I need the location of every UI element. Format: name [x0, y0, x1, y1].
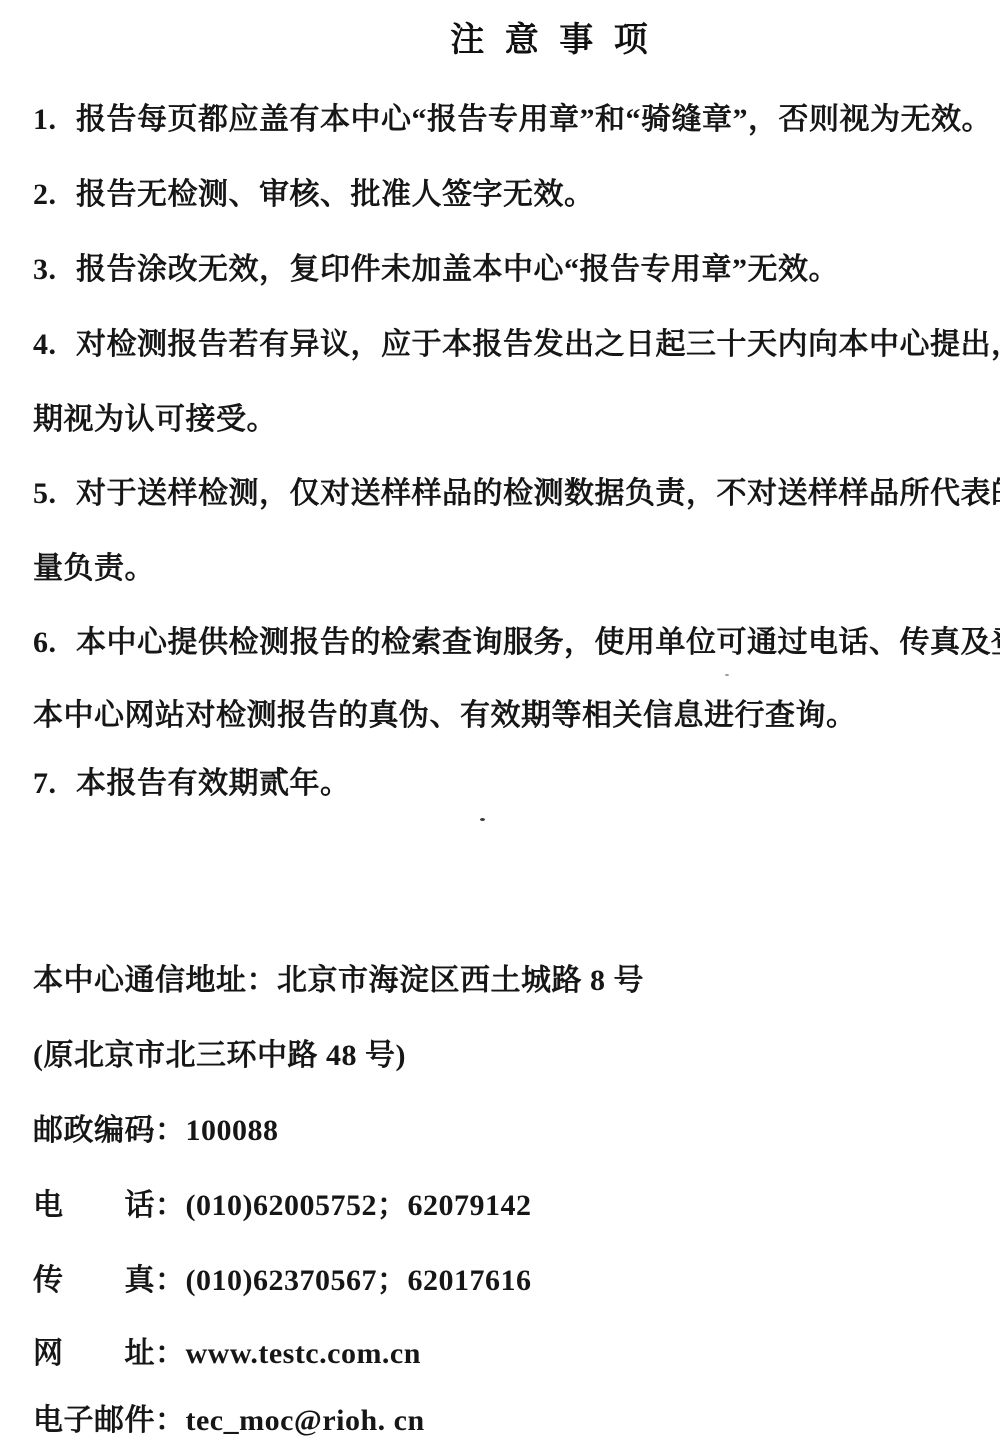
contact-address-label: 本中心通信地址：: [33, 964, 277, 997]
scan-speck: [725, 674, 729, 676]
note-item-4-line-1: 4.对检测报告若有异议，应于本报告发出之日起三十天内向本中心提出，逾: [33, 326, 978, 364]
note-text: 报告每页都应盖有本中心“报告专用章”和“骑缝章”，否则视为无效。: [76, 103, 992, 136]
note-item-6-line-2: 本中心网站对检测报告的真伪、有效期等相关信息进行查询。: [33, 697, 978, 735]
note-item-3: 3.报告涂改无效，复印件未加盖本中心“报告专用章”无效。: [33, 251, 978, 289]
contact-email-value: tec_moc@rioh. cn: [186, 1404, 425, 1437]
contact-former-address-value: (原北京市北三环中路 48 号): [33, 1039, 406, 1072]
note-number: 5.: [33, 475, 76, 513]
note-text: 报告无检测、审核、批准人签字无效。: [76, 178, 595, 211]
contact-phone-value: (010)62005752；62079142: [186, 1189, 532, 1222]
note-number: 4.: [33, 326, 76, 364]
contact-website-label: 网 址：: [33, 1337, 186, 1370]
note-number: 7.: [33, 765, 76, 803]
note-text: 期视为认可接受。: [33, 403, 277, 436]
note-item-5-line-1: 5.对于送样检测，仅对送样样品的检测数据负责，不对送样样品所代表的批: [33, 475, 978, 513]
note-item-6-line-1: 6.本中心提供检测报告的检索查询服务，使用单位可通过电话、传真及登陆: [33, 624, 978, 662]
note-text: 量负责。: [33, 552, 155, 585]
note-text: 本中心提供检测报告的检索查询服务，使用单位可通过电话、传真及登陆: [76, 626, 1000, 659]
note-item-2: 2.报告无检测、审核、批准人签字无效。: [33, 176, 978, 214]
page-title: 注 意 事 项: [450, 12, 654, 61]
contact-phone: 电 话：(010)62005752；62079142: [33, 1187, 978, 1225]
contact-phone-label: 电 话：: [33, 1189, 186, 1222]
scanned-notice-page: 注 意 事 项 1.报告每页都应盖有本中心“报告专用章”和“骑缝章”，否则视为无…: [0, 0, 1000, 1452]
note-number: 2.: [33, 176, 76, 214]
contact-fax: 传 真：(010)62370567；62017616: [33, 1262, 978, 1300]
contact-address-value: 北京市海淀区西土城路 8 号: [277, 964, 644, 997]
contact-email: 电子邮件：tec_moc@rioh. cn: [33, 1402, 978, 1440]
contact-fax-label: 传 真：: [33, 1264, 186, 1297]
note-text: 报告涂改无效，复印件未加盖本中心“报告专用章”无效。: [76, 253, 839, 286]
note-text: 本中心网站对检测报告的真伪、有效期等相关信息进行查询。: [33, 699, 857, 732]
contact-postal-code-label: 邮政编码：: [33, 1114, 186, 1147]
note-item-1: 1.报告每页都应盖有本中心“报告专用章”和“骑缝章”，否则视为无效。: [33, 101, 978, 139]
contact-email-label: 电子邮件：: [33, 1404, 186, 1437]
contact-website: 网 址：www.testc.com.cn: [33, 1335, 978, 1373]
note-number: 6.: [33, 624, 76, 662]
note-text: 本报告有效期贰年。: [76, 767, 351, 800]
contact-website-value: www.testc.com.cn: [186, 1337, 421, 1370]
contact-address: 本中心通信地址：北京市海淀区西土城路 8 号: [33, 962, 978, 1000]
note-text: 对于送样检测，仅对送样样品的检测数据负责，不对送样样品所代表的批: [76, 477, 1000, 510]
note-item-5-line-2: 量负责。: [33, 550, 978, 588]
contact-postal-code: 邮政编码：100088: [33, 1112, 978, 1150]
contact-postal-code-value: 100088: [186, 1114, 279, 1147]
contact-fax-value: (010)62370567；62017616: [186, 1264, 532, 1297]
note-item-4-line-2: 期视为认可接受。: [33, 401, 978, 439]
scan-speck: [480, 818, 485, 821]
note-number: 3.: [33, 251, 76, 289]
note-text: 对检测报告若有异议，应于本报告发出之日起三十天内向本中心提出，逾: [76, 328, 1000, 361]
contact-former-address: (原北京市北三环中路 48 号): [33, 1037, 978, 1075]
note-item-7: 7.本报告有效期贰年。: [33, 765, 978, 803]
note-number: 1.: [33, 101, 76, 139]
